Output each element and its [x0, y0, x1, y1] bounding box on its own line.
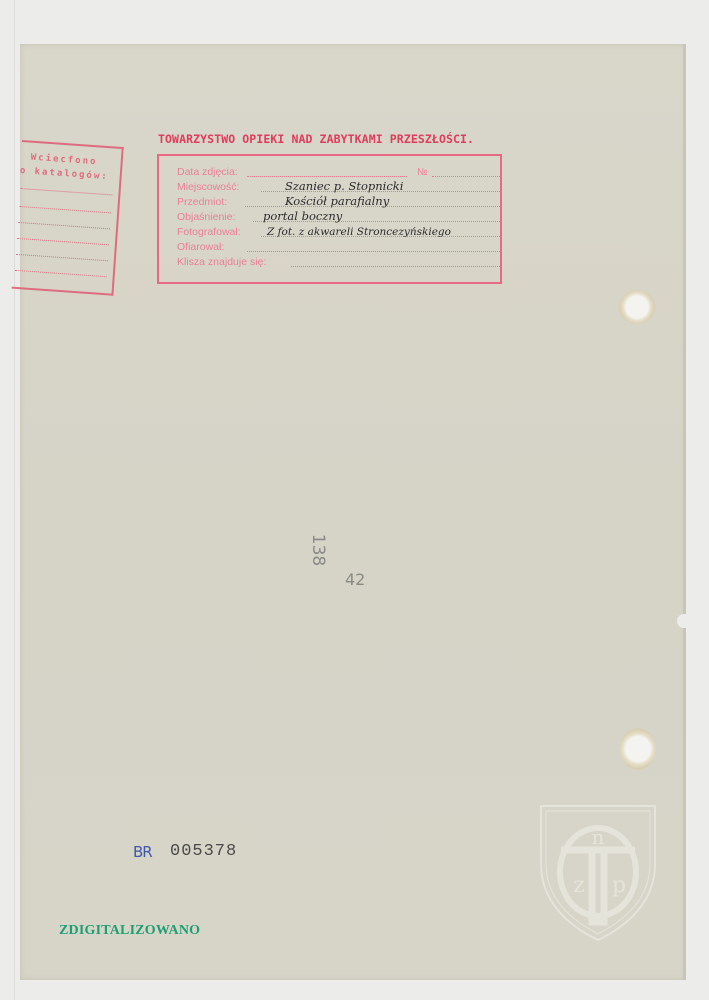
catalog-dotted-line	[21, 188, 113, 195]
field-label: Objaśnienie:	[177, 211, 235, 223]
field-date: Data zdjęcia: №	[177, 164, 502, 179]
field-value-handwritten: Kościół parafialny	[285, 194, 389, 208]
digitized-stamp: ZDIGITALIZOWANO	[59, 923, 200, 939]
field-value-handwritten: Szaniec p. Stopnicki	[285, 179, 403, 193]
inventory-number: 005378	[170, 842, 237, 861]
catalog-stamp-line1: Wciecfono	[30, 153, 97, 168]
shield-monogram-icon: n z p	[537, 802, 659, 942]
catalog-dotted-line	[19, 206, 111, 213]
svg-text:p: p	[612, 873, 626, 898]
field-label: Miejscowość:	[177, 181, 239, 193]
field-label: Klisza znajduje się:	[177, 256, 266, 268]
field-object: Przedmiot: Kościół parafialny	[177, 194, 502, 209]
field-donor: Ofiarował:	[177, 239, 502, 254]
field-line	[247, 251, 502, 252]
pencil-note-rotated: 138	[308, 534, 328, 566]
field-label: Przedmiot:	[177, 196, 227, 208]
field-line	[291, 266, 502, 267]
stamp-title: TOWARZYSTWO OPIEKI NAD ZABYTKAMI PRZESZŁ…	[158, 132, 508, 146]
field-value-handwritten: Z fot. z akwareli Stroncezyńskiego	[267, 226, 451, 238]
field-label: Ofiarował:	[177, 241, 224, 253]
field-label: Fotografował:	[177, 226, 241, 238]
catalog-stamp-line2: o katalogów:	[19, 166, 109, 182]
catalog-dotted-line	[15, 270, 107, 277]
catalog-stamp: Wciecfono o katalogów:	[12, 140, 124, 296]
number-label: №	[417, 167, 428, 178]
field-line	[432, 176, 502, 177]
scan-guide-line	[14, 0, 15, 1000]
svg-text:n: n	[592, 825, 605, 849]
inventory-prefix: BR	[133, 843, 152, 861]
field-value-handwritten: portal boczny	[263, 209, 342, 223]
paper-edge	[683, 44, 686, 980]
field-photographer: Fotografował: Z fot. z akwareli Stroncez…	[177, 224, 502, 239]
field-negative-location: Klisza znajduje się:	[177, 254, 502, 269]
catalog-dotted-line	[18, 222, 110, 229]
record-stamp: Data zdjęcia: № Miejscowość: Szaniec p. …	[157, 154, 502, 284]
field-description: Objaśnienie: portal boczny	[177, 209, 502, 224]
pencil-note: 42	[345, 570, 365, 589]
paper-hole-lower	[620, 728, 656, 770]
edge-notch	[677, 614, 691, 628]
field-line	[247, 176, 407, 177]
catalog-dotted-line	[17, 238, 109, 245]
paper-hole-upper	[619, 290, 655, 324]
catalog-dotted-line	[16, 254, 108, 261]
field-place: Miejscowość: Szaniec p. Stopnicki	[177, 179, 502, 194]
svg-text:z: z	[573, 873, 585, 898]
field-label: Data zdjęcia:	[177, 166, 238, 178]
